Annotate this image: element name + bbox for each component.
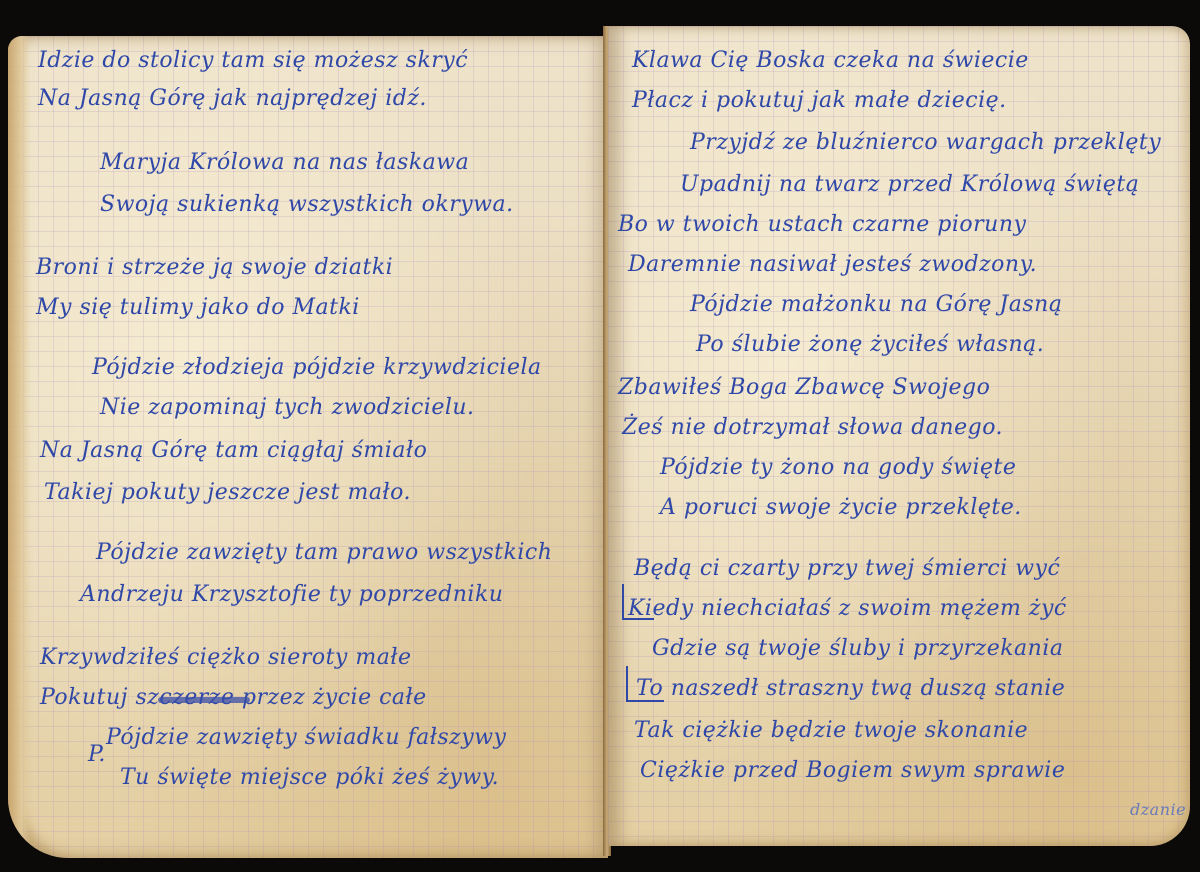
right-line-6: Daremnie nasiwał jesteś zwodzony. [628, 252, 1037, 277]
right-line-10: Żeś nie dotrzymał słowa danego. [622, 415, 1003, 440]
right-line-16: To naszedł straszny twą duszą stanie [636, 676, 1065, 701]
right-line-12: A poruci swoje życie przeklęte. [660, 495, 1022, 520]
left-line-16: Tu święte miejsce póki żeś żywy. [120, 765, 499, 790]
left-line-7: Pójdzie złodzieja pójdzie krzywdziciela [92, 355, 542, 380]
right-line-8: Po ślubie żonę życiłeś własną. [696, 332, 1044, 357]
right-line-13: Będą ci czarty przy twej śmierci wyć [634, 556, 1060, 581]
right-line-9: Zbawiłeś Boga Zbawcę Swojego [618, 375, 990, 400]
right-line-2: Płacz i pokutuj jak małe dziecię. [632, 88, 1007, 113]
left-line-4: Swoją sukienką wszystkich okrywa. [100, 192, 514, 217]
right-line-18: Ciężkie przed Bogiem swym sprawie [640, 758, 1065, 783]
left-line-15: Pójdzie zawzięty świadku fałszywy [106, 725, 506, 750]
left-line-1: Idzie do stolicy tam się możesz skryć [38, 48, 468, 73]
left-line-2: Na Jasną Górę jak najprędzej idź. [38, 86, 427, 111]
right-line-19: dzanie [1130, 800, 1186, 819]
right-line-7: Pójdzie małżonku na Górę Jasną [690, 292, 1062, 317]
right-line-4: Upadnij na twarz przed Królową świętą [680, 172, 1139, 197]
left-line-9: Na Jasną Górę tam ciągłaj śmiało [40, 438, 427, 463]
margin-mark-p: P. [88, 742, 105, 767]
right-line-14: Kiedy niechciałaś z swoim mężem żyć [628, 596, 1067, 621]
right-line-1: Klawa Cię Boska czeka na świecie [632, 48, 1029, 73]
right-line-5: Bo w twoich ustach czarne pioruny [618, 212, 1026, 237]
right-line-3: Przyjdź ze bluźnierco wargach przeklęty [690, 130, 1161, 155]
left-line-3: Maryja Królowa na nas łaskawa [100, 150, 469, 175]
left-line-10: Takiej pokuty jeszcze jest mało. [44, 480, 411, 505]
left-line-13: Krzywdziłeś ciężko sieroty małe [40, 645, 412, 670]
right-line-17: Tak ciężkie będzie twoje skonanie [634, 718, 1028, 743]
left-line-8: Nie zapominaj tych zwodzicielu. [100, 395, 475, 420]
left-line-5: Broni i strzeże ją swoje dziatki [36, 255, 393, 280]
left-line-12: Andrzeju Krzysztofie ty poprzedniku [80, 582, 503, 607]
notebook-spread: Idzie do stolicy tam się możesz skryć Na… [0, 0, 1200, 872]
left-line-11: Pójdzie zawzięty tam prawo wszystkich [96, 540, 552, 565]
right-line-11: Pójdzie ty żono na gody święte [660, 455, 1016, 480]
left-line-6: My się tulimy jako do Matki [36, 295, 360, 320]
scribbled-out-word [158, 697, 250, 703]
right-line-15: Gdzie są twoje śluby i przyrzekania [652, 636, 1064, 661]
